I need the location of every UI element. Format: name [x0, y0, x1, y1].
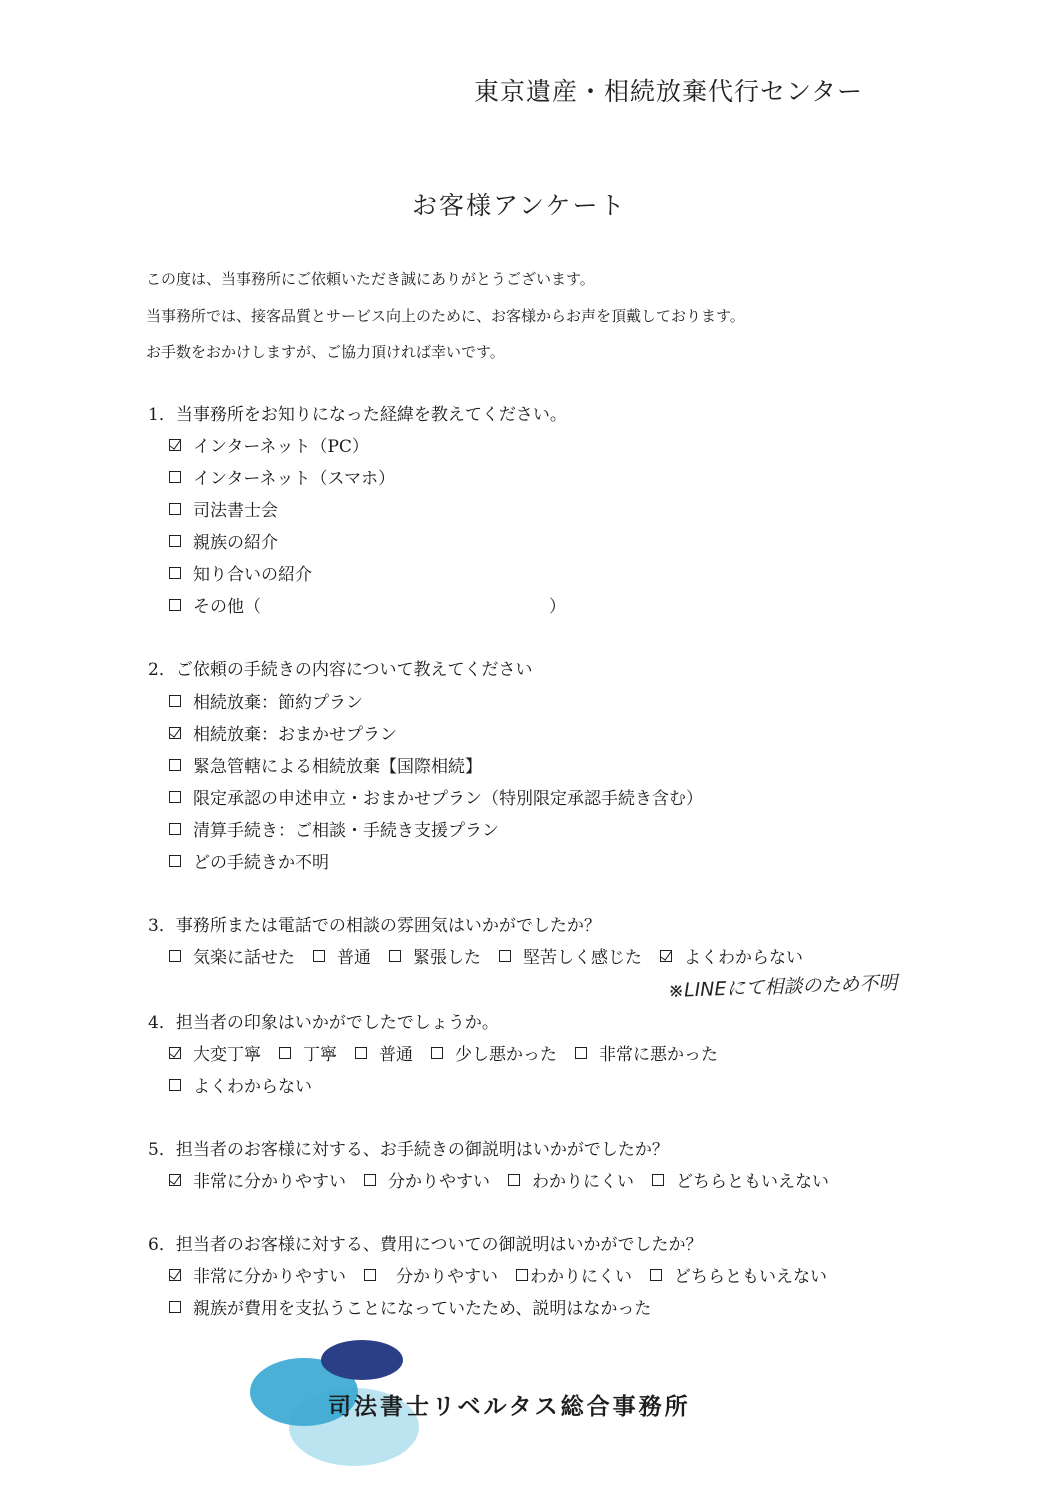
checkbox[interactable]	[279, 1047, 291, 1059]
q1-option-acquaintance-referral[interactable]: 知り合いの紹介	[169, 560, 312, 585]
logo-circle-dark	[321, 1340, 403, 1380]
q1-option-judicial-scrivener-assoc[interactable]: 司法書士会	[169, 496, 278, 521]
checkbox[interactable]	[364, 1269, 376, 1281]
question-4-label: 4．担当者の印象はいかがでしたでしょうか。	[148, 1008, 499, 1033]
checkbox[interactable]	[169, 1079, 181, 1091]
question-5-label: 5．担当者のお客様に対する、お手続きの御説明はいかがでしたか？	[148, 1135, 669, 1160]
checkbox-checked[interactable]	[169, 727, 181, 739]
q5-option-very-clear[interactable]: 非常に分かりやすい	[169, 1167, 346, 1192]
q1-option-other[interactable]: その他（）	[169, 592, 566, 617]
q1-option-internet-smartphone[interactable]: インターネット（スマホ）	[169, 464, 395, 489]
checkbox[interactable]	[499, 950, 511, 962]
checkbox-checked[interactable]	[169, 1269, 181, 1281]
checkbox[interactable]	[516, 1269, 528, 1281]
checkbox-checked[interactable]	[169, 439, 181, 451]
checkbox[interactable]	[169, 791, 181, 803]
q4-option-polite[interactable]: 丁寧	[279, 1040, 337, 1065]
q5-option-neutral[interactable]: どちらともいえない	[652, 1167, 829, 1192]
checkbox[interactable]	[169, 759, 181, 771]
checkbox[interactable]	[169, 535, 181, 547]
q3-option-normal[interactable]: 普通	[313, 943, 371, 968]
intro-line-3: お手数をおかけしますが、ご協力頂ければ幸いです。	[146, 341, 505, 362]
checkbox[interactable]	[364, 1174, 376, 1186]
checkbox[interactable]	[169, 823, 181, 835]
checkbox[interactable]	[169, 695, 181, 707]
checkbox[interactable]	[169, 855, 181, 867]
q3-option-nervous[interactable]: 緊張した	[389, 943, 481, 968]
checkbox[interactable]	[650, 1269, 662, 1281]
checkbox-checked[interactable]	[660, 950, 672, 962]
checkbox[interactable]	[508, 1174, 520, 1186]
checkbox[interactable]	[169, 503, 181, 515]
page-title: お客様アンケート	[412, 186, 627, 222]
q2-option-omakase-plan[interactable]: 相続放棄：おまかせプラン	[169, 720, 397, 745]
q1-option-family-referral[interactable]: 親族の紹介	[169, 528, 278, 553]
q2-option-unknown[interactable]: どの手続きか不明	[169, 848, 329, 873]
question-3-label: 3．事務所または電話での相談の雰囲気はいかがでしたか？	[148, 911, 601, 936]
q1-option-internet-pc[interactable]: インターネット（PC）	[169, 432, 369, 457]
checkbox[interactable]	[169, 950, 181, 962]
q4-option-slightly-bad[interactable]: 少し悪かった	[431, 1040, 557, 1065]
organization-name: 東京遺産・相続放棄代行センター	[474, 72, 863, 108]
q3-options-row: 気楽に話せた 普通 緊張した 堅苦しく感じた よくわからない	[169, 943, 821, 968]
question-6-label: 6．担当者のお客様に対する、費用についての御説明はいかがでしたか？	[148, 1230, 702, 1255]
q6-options-row: 非常に分かりやすい 分かりやすい わかりにくい どちらともいえない	[169, 1262, 845, 1287]
checkbox[interactable]	[355, 1047, 367, 1059]
q2-option-saving-plan[interactable]: 相続放棄：節約プラン	[169, 688, 363, 713]
q6-option-family-paid[interactable]: 親族が費用を支払うことになっていたため、説明はなかった	[169, 1294, 651, 1319]
q2-option-international[interactable]: 緊急管轄による相続放棄【国際相続】	[169, 752, 482, 777]
q6-option-unclear[interactable]: わかりにくい	[516, 1262, 632, 1287]
question-2-label: 2．ご依頼の手続きの内容について教えてください	[148, 655, 532, 680]
q6-option-very-clear[interactable]: 非常に分かりやすい	[169, 1262, 346, 1287]
q6-option-neutral[interactable]: どちらともいえない	[650, 1262, 827, 1287]
q3-option-relaxed[interactable]: 気楽に話せた	[169, 943, 295, 968]
checkbox-checked[interactable]	[169, 1174, 181, 1186]
checkbox[interactable]	[169, 471, 181, 483]
q3-option-stiff[interactable]: 堅苦しく感じた	[499, 943, 642, 968]
q5-option-clear[interactable]: 分かりやすい	[364, 1167, 490, 1192]
checkbox[interactable]	[169, 1301, 181, 1313]
q4-option-normal[interactable]: 普通	[355, 1040, 413, 1065]
q4-option-very-bad[interactable]: 非常に悪かった	[575, 1040, 718, 1065]
q5-option-unclear[interactable]: わかりにくい	[508, 1167, 634, 1192]
checkbox[interactable]	[389, 950, 401, 962]
checkbox[interactable]	[169, 567, 181, 579]
q6-option-clear[interactable]: 分かりやすい	[364, 1262, 498, 1287]
checkbox[interactable]	[575, 1047, 587, 1059]
q5-options-row: 非常に分かりやすい 分かりやすい わかりにくい どちらともいえない	[169, 1167, 847, 1192]
q4-option-very-polite[interactable]: 大変丁寧	[169, 1040, 261, 1065]
checkbox[interactable]	[169, 599, 181, 611]
intro-line-1: この度は、当事務所にご依頼いただき誠にありがとうございます。	[146, 268, 595, 289]
checkbox[interactable]	[313, 950, 325, 962]
q4-option-unsure[interactable]: よくわからない	[169, 1072, 312, 1097]
handwritten-note: ※LINEにて相談のため不明	[668, 968, 898, 1003]
checkbox[interactable]	[652, 1174, 664, 1186]
q2-option-limited-approval[interactable]: 限定承認の申述申立・おまかせプラン（特別限定承認手続き含む）	[169, 784, 703, 809]
q4-options-row: 大変丁寧 丁寧 普通 少し悪かった 非常に悪かった	[169, 1040, 736, 1065]
checkbox[interactable]	[431, 1047, 443, 1059]
office-name: 司法書士リベルタス総合事務所	[328, 1388, 691, 1421]
q3-option-unsure[interactable]: よくわからない	[660, 943, 803, 968]
question-1-label: 1．当事務所をお知りになった経緯を教えてください。	[148, 400, 567, 425]
q2-option-liquidation[interactable]: 清算手続き：ご相談・手続き支援プラン	[169, 816, 499, 841]
intro-line-2: 当事務所では、接客品質とサービス向上のために、お客様からお声を頂戴しております。	[146, 305, 745, 326]
checkbox-checked[interactable]	[169, 1047, 181, 1059]
